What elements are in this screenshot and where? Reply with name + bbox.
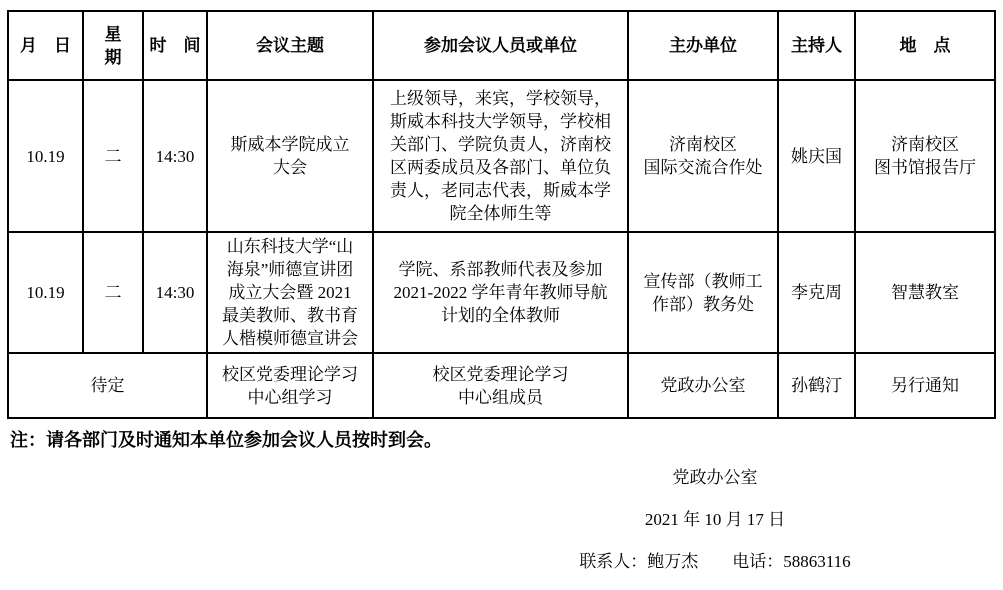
organizer-cell: 宣传部（教师工 作部）教务处 [628,232,778,353]
organizer-cell: 党政办公室 [628,353,778,418]
issuing-office: 党政办公室 [420,466,1003,490]
organizer-cell: 济南校区 国际交流合作处 [628,80,778,232]
issue-date: 2021 年 10 月 17 日 [420,508,1003,532]
meeting-row-3: 待定 校区党委理论学习 中心组学习 校区党委理论学习 中心组成员 党政办公室 孙… [8,353,995,418]
location-cell: 另行通知 [855,353,995,418]
participants-cell: 学院、系部教师代表及参加 2021-2022 学年青年教师导航 计划的全体教师 [373,232,628,353]
header-topic: 会议主题 [207,11,373,80]
time-cell: 14:30 [143,232,207,353]
weekday-cell: 二 [83,232,143,353]
location-cell: 济南校区 图书馆报告厅 [855,80,995,232]
tbd-cell: 待定 [8,353,207,418]
contact-info: 联系人：鲍万杰 电话：58863116 [420,550,1003,574]
date-cell: 10.19 [8,80,83,232]
meeting-row-1: 10.19 二 14:30 斯威本学院成立 大会 上级领导，来宾，学校领导， 斯… [8,80,995,232]
topic-cell: 校区党委理论学习 中心组学习 [207,353,373,418]
header-organizer: 主办单位 [628,11,778,80]
header-time: 时 间 [143,11,207,80]
header-host: 主持人 [778,11,855,80]
host-cell: 孙鹤汀 [778,353,855,418]
topic-cell: 斯威本学院成立 大会 [207,80,373,232]
host-cell: 李克周 [778,232,855,353]
table-header-row: 月 日 星 期 时 间 会议主题 参加会议人员或单位 主办单位 主持人 地 点 [8,11,995,80]
date-cell: 10.19 [8,232,83,353]
header-weekday: 星 期 [83,11,143,80]
time-cell: 14:30 [143,80,207,232]
header-location: 地 点 [855,11,995,80]
topic-cell: 山东科技大学“山 海泉”师德宣讲团 成立大会暨 2021 最美教师、教书育 人楷… [207,232,373,353]
host-cell: 姚庆国 [778,80,855,232]
meeting-schedule-table: 月 日 星 期 时 间 会议主题 参加会议人员或单位 主办单位 主持人 地 点 … [7,10,996,419]
location-cell: 智慧教室 [855,232,995,353]
meeting-row-2: 10.19 二 14:30 山东科技大学“山 海泉”师德宣讲团 成立大会暨 20… [8,232,995,353]
signature-block: 党政办公室 2021 年 10 月 17 日 联系人：鲍万杰 电话：588631… [420,466,1003,590]
participants-cell: 上级领导，来宾，学校领导， 斯威本科技大学领导，学校相 关部门、学院负责人，济南… [373,80,628,232]
header-participants: 参加会议人员或单位 [373,11,628,80]
header-date: 月 日 [8,11,83,80]
note-text: 注：请各部门及时通知本单位参加会议人员按时到会。 [10,428,442,452]
participants-cell: 校区党委理论学习 中心组成员 [373,353,628,418]
weekday-cell: 二 [83,80,143,232]
meeting-notice-page: 月 日 星 期 时 间 会议主题 参加会议人员或单位 主办单位 主持人 地 点 … [0,0,1003,590]
